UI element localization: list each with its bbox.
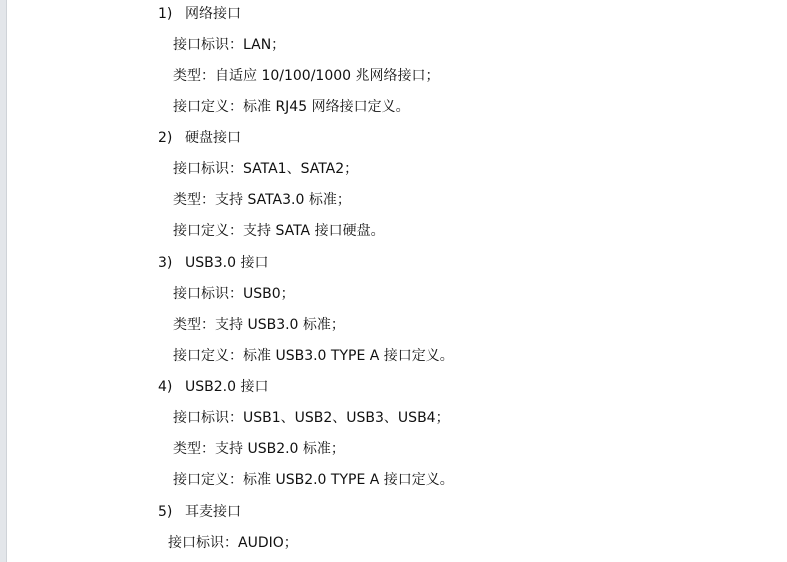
section-heading-3: 3)USB3.0 接口: [158, 254, 268, 272]
section-4-line-3: 接口定义：标准 USB2.0 TYPE A 接口定义。: [173, 471, 454, 489]
section-3-line-1: 接口标识：USB0；: [173, 285, 295, 303]
section-title: 硬盘接口: [185, 130, 241, 146]
section-number: 4): [158, 378, 185, 396]
section-1-line-3: 接口定义：标准 RJ45 网络接口定义。: [173, 98, 410, 116]
section-title: USB3.0 接口: [185, 255, 268, 271]
section-4-line-1: 接口标识：USB1、USB2、USB3、USB4；: [173, 409, 450, 427]
section-5-line-1: 接口标识：AUDIO；: [168, 534, 298, 552]
section-number: 3): [158, 254, 185, 272]
section-3-line-2: 类型：支持 USB3.0 标准；: [173, 316, 345, 334]
section-3-line-3: 接口定义：标准 USB3.0 TYPE A 接口定义。: [173, 347, 454, 365]
section-2-line-2: 类型：支持 SATA3.0 标准；: [173, 191, 351, 209]
section-title: USB2.0 接口: [185, 379, 268, 395]
section-heading-4: 4)USB2.0 接口: [158, 378, 268, 396]
section-number: 2): [158, 129, 185, 147]
section-title: 网络接口: [185, 6, 241, 22]
section-heading-2: 2)硬盘接口: [158, 129, 241, 147]
section-2-line-3: 接口定义：支持 SATA 接口硬盘。: [173, 222, 385, 240]
section-number: 1): [158, 5, 185, 23]
section-number: 5): [158, 503, 185, 521]
document-page: 1)网络接口 接口标识：LAN； 类型：自适应 10/100/1000 兆网络接…: [0, 0, 787, 562]
section-1-line-2: 类型：自适应 10/100/1000 兆网络接口；: [173, 67, 440, 85]
section-4-line-2: 类型：支持 USB2.0 标准；: [173, 440, 345, 458]
section-2-line-1: 接口标识：SATA1、SATA2；: [173, 160, 358, 178]
section-heading-5: 5)耳麦接口: [158, 503, 241, 521]
section-title: 耳麦接口: [185, 504, 241, 520]
section-heading-1: 1)网络接口: [158, 5, 241, 23]
section-1-line-1: 接口标识：LAN；: [173, 36, 285, 54]
